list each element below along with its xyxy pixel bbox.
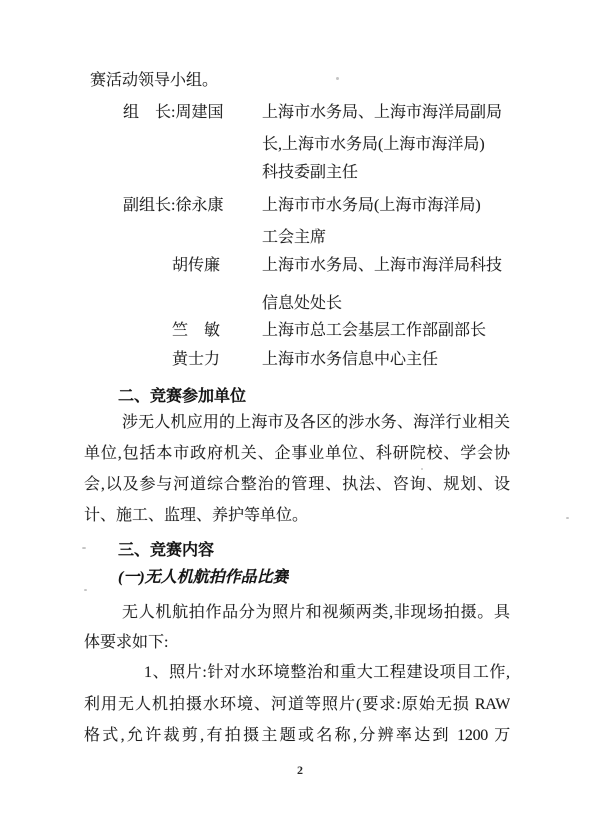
leader-row: 信息处处长 xyxy=(0,291,590,317)
body-line: 会,以及参与河道综合整治的管理、执法、咨询、规划、设 xyxy=(84,472,510,498)
leader-name: 副组长:徐永康 xyxy=(123,193,223,219)
page-number: 2 xyxy=(84,763,516,778)
body-line: 1、照片:针对水环境整治和重大工程建设项目工作, xyxy=(84,660,510,686)
leader-title-line: 上海市市水务局(上海市海洋局) xyxy=(262,193,532,219)
scan-speck xyxy=(336,77,339,80)
leader-title-line: 上海市水务信息中心主任 xyxy=(262,347,532,373)
leader-title-line: 上海市水务局、上海市海洋局科技 xyxy=(262,253,532,279)
leader-row: 胡传廉 上海市水务局、上海市海洋局科技 xyxy=(0,253,590,279)
leader-row: 竺 敏 上海市总工会基层工作部副部长 xyxy=(0,318,590,344)
leader-title-line: 长,上海市水务局(上海市海洋局) xyxy=(262,132,532,158)
leader-name: 组 长:周建国 xyxy=(123,100,223,126)
leader-row: 组 长:周建国 上海市水务局、上海市海洋局副局 xyxy=(0,100,590,126)
section-heading: 二、竞赛参加单位 xyxy=(118,384,246,410)
leader-title-line: 信息处处长 xyxy=(262,291,532,317)
body-line: 涉无人机应用的上海市及各区的涉水务、海洋行业相关 xyxy=(84,410,510,436)
leader-title-line: 上海市水务局、上海市海洋局副局 xyxy=(262,100,532,126)
leader-name: 黄士力 xyxy=(172,347,220,373)
body-line: 单位,包括本市政府机关、企事业单位、科研院校、学会协 xyxy=(84,441,510,467)
scan-speck xyxy=(82,547,86,549)
section-heading: 三、竞赛内容 xyxy=(118,538,214,564)
leader-row: 黄士力 上海市水务信息中心主任 xyxy=(0,347,590,373)
leader-name: 胡传廉 xyxy=(172,253,220,279)
body-line: 格式,允许裁剪,有拍摄主题或名称,分辨率达到 1200 万 xyxy=(84,723,510,749)
body-line: 利用无人机拍摄水环境、河道等照片(要求:原始无损 RAW xyxy=(84,692,510,718)
leader-row: 科技委副主任 xyxy=(0,160,590,186)
section-subheading: (一)无人机航拍作品比赛 xyxy=(118,565,289,591)
leader-title-line: 上海市总工会基层工作部副部长 xyxy=(262,318,532,344)
document-page: 赛活动领导小组。 组 长:周建国 上海市水务局、上海市海洋局副局 长,上海市水务… xyxy=(0,0,590,827)
scan-speck xyxy=(421,468,423,470)
scan-speck xyxy=(566,517,569,519)
scan-speck xyxy=(84,589,87,591)
leader-row: 副组长:徐永康 上海市市水务局(上海市海洋局) xyxy=(0,193,590,219)
leader-row: 长,上海市水务局(上海市海洋局) xyxy=(0,132,590,158)
body-line: 体要求如下: xyxy=(84,630,510,656)
leader-name: 竺 敏 xyxy=(172,318,220,344)
leader-row: 工会主席 xyxy=(0,225,590,251)
scan-speck xyxy=(315,228,317,231)
body-line: 无人机航拍作品分为照片和视频两类,非现场拍摄。具 xyxy=(84,600,510,626)
intro-line: 赛活动领导小组。 xyxy=(90,68,218,94)
leader-title-line: 工会主席 xyxy=(262,225,532,251)
leader-title-line: 科技委副主任 xyxy=(262,160,532,186)
body-line: 计、施工、监理、养护等单位。 xyxy=(84,503,510,529)
